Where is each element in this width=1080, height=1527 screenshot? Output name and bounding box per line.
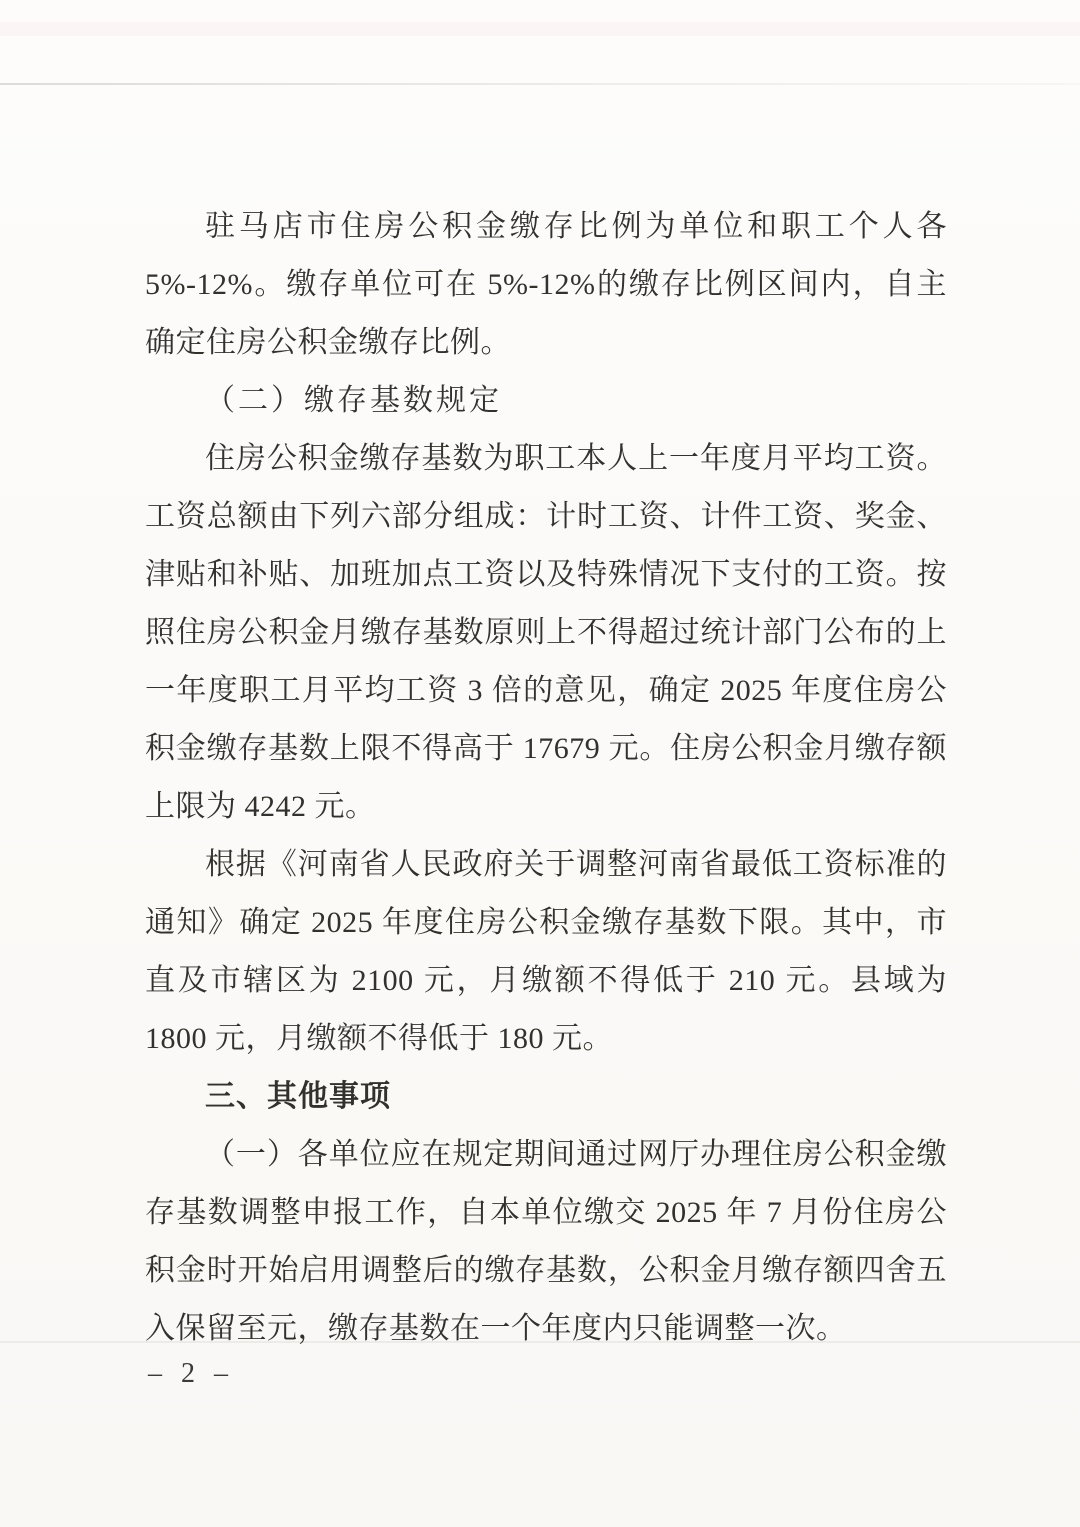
paragraph-adjustment-procedure: （一）各单位应在规定期间通过网厅办理住房公积金缴存基数调整申报工作，自本单位缴交… xyxy=(145,1126,947,1358)
heading-other-matters: 三、其他事项 xyxy=(145,1068,947,1126)
paragraph-deposit-base-upper-limit: 住房公积金缴存基数为职工本人上一年度月平均工资。工资总额由下列六部分组成：计时工… xyxy=(145,430,947,836)
scanned-notice-page: 驻马店市住房公积金缴存比例为单位和职工个人各 5%-12%。缴存单位可在 5%-… xyxy=(0,0,1080,1527)
paragraph-deposit-base-lower-limit: 根据《河南省人民政府关于调整河南省最低工资标准的通知》确定 2025 年度住房公… xyxy=(145,836,947,1068)
document-body: 驻马店市住房公积金缴存比例为单位和职工个人各 5%-12%。缴存单位可在 5%-… xyxy=(145,198,947,1358)
page-number: – 2 – xyxy=(148,1352,234,1396)
scan-artifact-band-top xyxy=(0,22,1080,36)
subheading-deposit-base-rules: （二）缴存基数规定 xyxy=(145,372,947,430)
paragraph-contribution-ratio: 驻马店市住房公积金缴存比例为单位和职工个人各 5%-12%。缴存单位可在 5%-… xyxy=(145,198,947,372)
scan-artifact-line xyxy=(0,83,1080,85)
